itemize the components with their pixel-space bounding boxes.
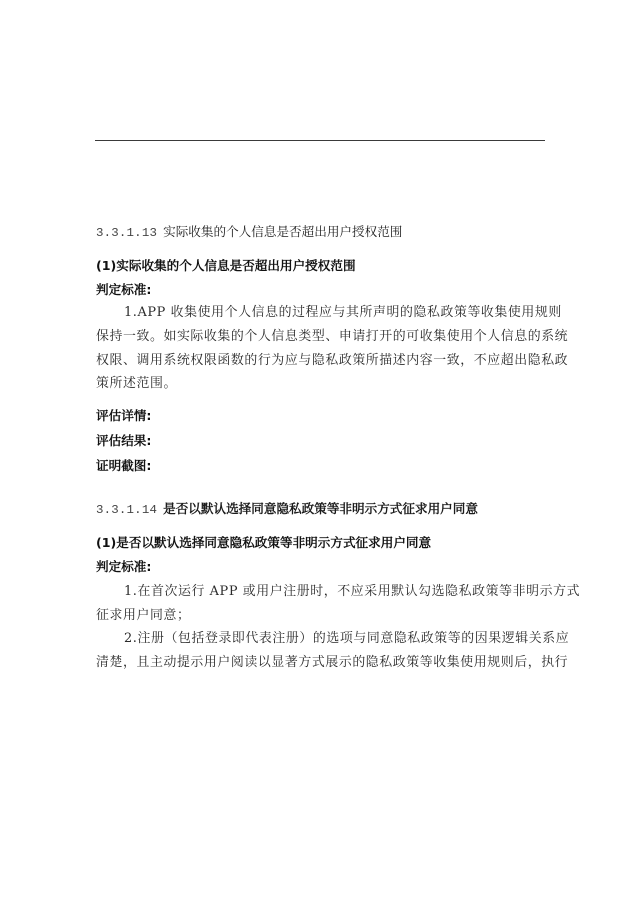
criteria-text-line: 2.注册（包括登录即代表注册）的选项与同意隐私政策等的因果逻辑关系应 (124, 630, 546, 648)
assessment-details-label: 评估详情: (96, 407, 546, 425)
section-heading-3-3-1-14: 3.3.1.14是否以默认选择同意隐私政策等非明示方式征求用户同意 (96, 500, 546, 518)
header-rule (95, 140, 545, 141)
criteria-label: 判定标准: (96, 558, 546, 576)
subheading: (1)实际收集的个人信息是否超出用户授权范围 (96, 257, 546, 275)
criteria-text-line: 权限、调用系统权限函数的行为应与隐私政策所描述内容一致，不应超出隐私政 (96, 352, 546, 370)
section-number: 3.3.1.13 (96, 226, 157, 240)
assessment-result-label: 评估结果: (96, 432, 546, 450)
criteria-text-line: 清楚，且主动提示用户阅读以显著方式展示的隐私政策等收集使用规则后，执行 (96, 654, 546, 672)
section-heading-3-3-1-13: 3.3.1.13实际收集的个人信息是否超出用户授权范围 (96, 223, 546, 241)
section-number: 3.3.1.14 (96, 503, 157, 517)
criteria-text-line: 征求用户同意； (96, 607, 546, 625)
criteria-text-line: 1.APP 收集使用个人信息的过程应与其所声明的隐私政策等收集使用规则 (124, 304, 546, 322)
proof-screenshot-label: 证明截图: (96, 457, 546, 475)
criteria-text-line: 1.在首次运行 APP 或用户注册时，不应采用默认勾选隐私政策等非明示方式 (124, 583, 546, 601)
criteria-text-line: 策所述范围。 (96, 375, 546, 393)
criteria-text-line: 保持一致。如实际收集的个人信息类型、申请打开的可收集使用个人信息的系统 (96, 328, 546, 346)
subheading: (1)是否以默认选择同意隐私政策等非明示方式征求用户同意 (96, 534, 546, 552)
section-title: 是否以默认选择同意隐私政策等非明示方式征求用户同意 (163, 501, 478, 516)
document-page: 3.3.1.13实际收集的个人信息是否超出用户授权范围 (1)实际收集的个人信息… (0, 0, 640, 906)
section-title: 实际收集的个人信息是否超出用户授权范围 (163, 224, 402, 239)
criteria-label: 判定标准: (96, 281, 546, 299)
